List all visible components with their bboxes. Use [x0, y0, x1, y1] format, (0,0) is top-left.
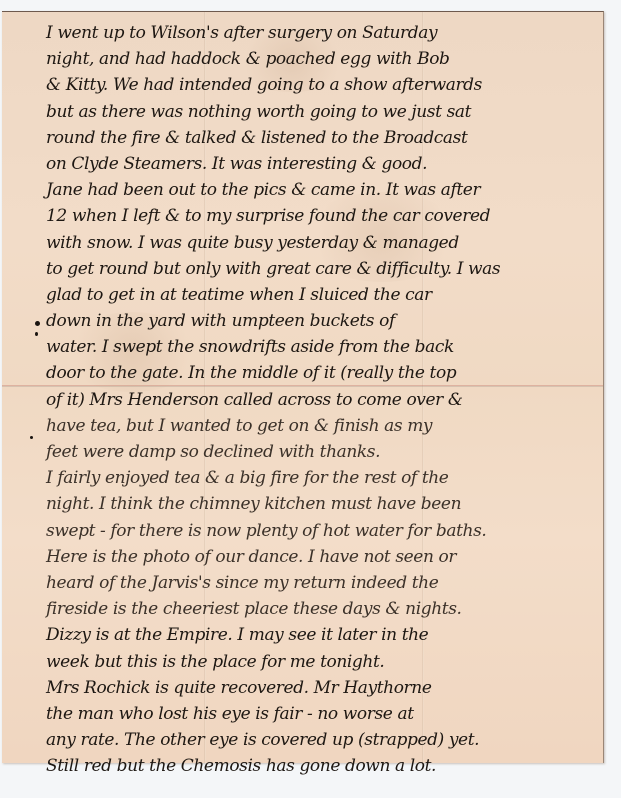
letter-line: 12 when I left & to my surprise found th… — [46, 203, 586, 229]
letter-line: door to the gate. In the middle of it (r… — [46, 360, 586, 386]
letter-line: to get round but only with great care & … — [46, 256, 586, 282]
letter-line: have tea, but I wanted to get on & finis… — [46, 413, 586, 439]
letter-line: of it) Mrs Henderson called across to co… — [46, 387, 586, 413]
letter-body: I went up to Wilson's after surgery on S… — [46, 20, 586, 779]
letter-line: round the fire & talked & listened to th… — [46, 125, 586, 151]
letter-line: fireside is the cheeriest place these da… — [46, 596, 586, 622]
letter-line: swept - for there is now plenty of hot w… — [46, 518, 586, 544]
letter-line: glad to get in at teatime when I sluiced… — [46, 282, 586, 308]
margin-ink-dot — [30, 436, 33, 439]
letter-line: water. I swept the snowdrifts aside from… — [46, 334, 586, 360]
letter-line: but as there was nothing worth going to … — [46, 99, 586, 125]
letter-line: with snow. I was quite busy yesterday & … — [46, 230, 586, 256]
letter-page: I went up to Wilson's after surgery on S… — [2, 11, 604, 763]
letter-line: any rate. The other eye is covered up (s… — [46, 727, 586, 753]
letter-line: Jane had been out to the pics & came in.… — [46, 177, 586, 203]
letter-line: week but this is the place for me tonigh… — [46, 649, 586, 675]
letter-line: night. I think the chimney kitchen must … — [46, 491, 586, 517]
letter-line: Here is the photo of our dance. I have n… — [46, 544, 586, 570]
letter-line: night, and had haddock & poached egg wit… — [46, 46, 586, 72]
letter-line: & Kitty. We had intended going to a show… — [46, 72, 586, 98]
margin-ink-dot — [35, 332, 38, 336]
letter-line: Still red but the Chemosis has gone down… — [46, 753, 586, 779]
letter-line: the man who lost his eye is fair - no wo… — [46, 701, 586, 727]
letter-line: Mrs Rochick is quite recovered. Mr Hayth… — [46, 675, 586, 701]
letter-line: on Clyde Steamers. It was interesting & … — [46, 151, 586, 177]
letter-line: I fairly enjoyed tea & a big fire for th… — [46, 465, 586, 491]
letter-line: heard of the Jarvis's since my return in… — [46, 570, 586, 596]
letter-line: I went up to Wilson's after surgery on S… — [46, 20, 586, 46]
letter-line: down in the yard with umpteen buckets of — [46, 308, 586, 334]
letter-line: feet were damp so declined with thanks. — [46, 439, 586, 465]
letter-line: Dizzy is at the Empire. I may see it lat… — [46, 622, 586, 648]
margin-ink-dot — [35, 321, 40, 326]
